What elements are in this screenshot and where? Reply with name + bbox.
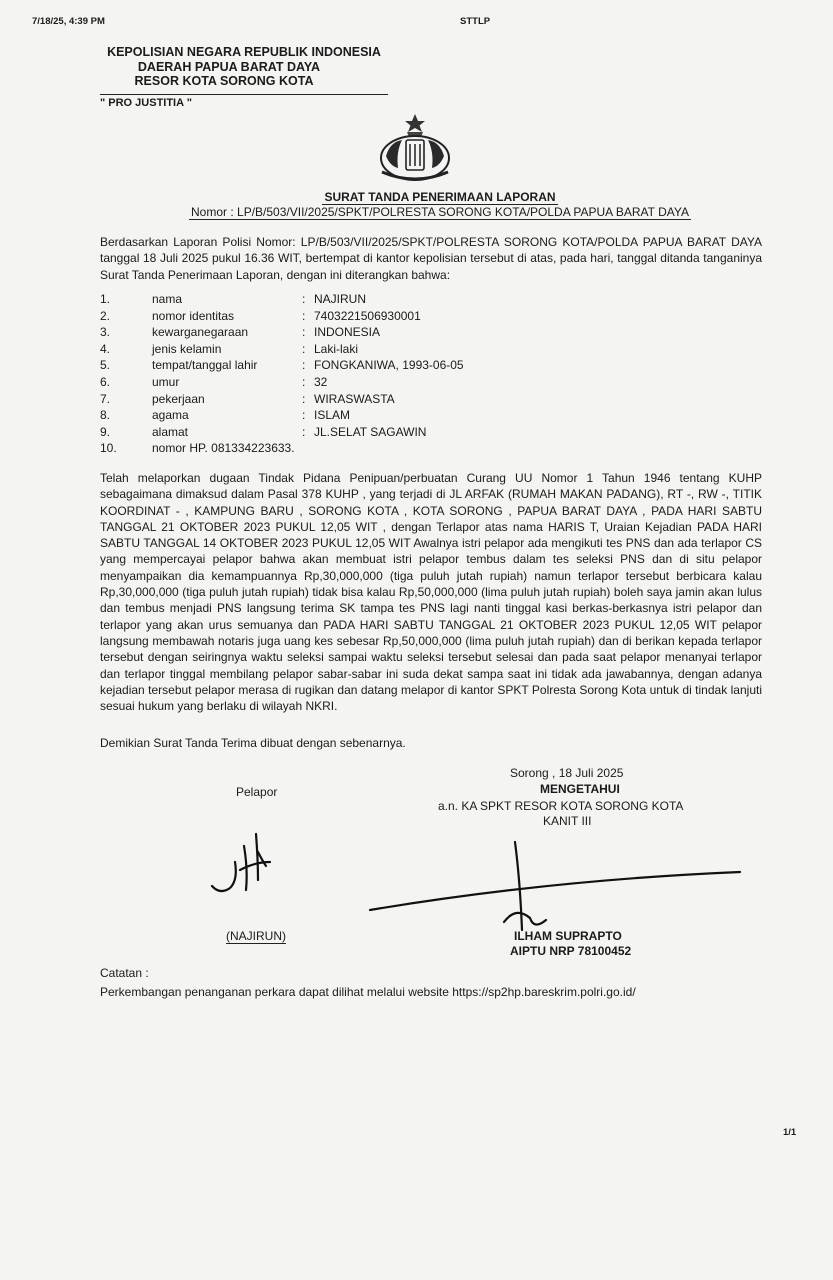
identity-number: 3. <box>100 324 152 341</box>
identity-value: NAJIRUN <box>314 291 366 308</box>
identity-row: 7.pekerjaan:WIRASWASTA <box>100 391 464 408</box>
header-divider <box>100 94 388 95</box>
identity-label: pekerjaan <box>152 391 302 408</box>
identity-label: nomor identitas <box>152 308 302 325</box>
identity-value: 32 <box>314 374 327 391</box>
print-datetime: 7/18/25, 4:39 PM <box>32 16 105 27</box>
officer-rank: AIPTU NRP 78100452 <box>510 944 631 958</box>
identity-value: WIRASWASTA <box>314 391 395 408</box>
identity-value: ISLAM <box>314 407 350 424</box>
officer-signature-icon <box>370 842 740 930</box>
identity-label: agama <box>152 407 302 424</box>
identity-row: 1.nama:NAJIRUN <box>100 291 464 308</box>
identity-separator: : <box>302 308 314 325</box>
police-emblem-icon <box>372 112 458 184</box>
reporter-label: Pelapor <box>236 785 277 799</box>
notes-label: Catatan : <box>100 966 149 980</box>
document-number: Nomor : LP/B/503/VII/2025/SPKT/POLRESTA … <box>100 205 780 219</box>
reporter-name: (NAJIRUN) <box>226 929 286 943</box>
reporter-signature-icon <box>212 834 270 891</box>
report-paragraph: Telah melaporkan dugaan Tindak Pidana Pe… <box>100 470 762 714</box>
identity-label: tempat/tanggal lahir <box>152 357 302 374</box>
identity-separator <box>302 440 314 457</box>
document-title: SURAT TANDA PENERIMAAN LAPORAN <box>100 190 780 204</box>
on-behalf-label: a.n. KA SPKT RESOR KOTA SORONG KOTA <box>438 799 683 813</box>
identity-separator: : <box>302 391 314 408</box>
notes-text: Perkembangan penanganan perkara dapat di… <box>100 985 636 999</box>
identity-row: 5.tempat/tanggal lahir:FONGKANIWA, 1993-… <box>100 357 464 374</box>
identity-separator: : <box>302 341 314 358</box>
institution-line-3: RESOR KOTA SORONG KOTA <box>100 74 388 89</box>
identity-number: 6. <box>100 374 152 391</box>
identity-row: 10.nomor HP. 081334223633. <box>100 440 464 457</box>
identity-number: 10. <box>100 440 152 457</box>
institution-line-1: KEPOLISIAN NEGARA REPUBLIK INDONESIA <box>100 45 388 60</box>
identity-row: 3.kewarganegaraan:INDONESIA <box>100 324 464 341</box>
identity-label: umur <box>152 374 302 391</box>
identity-number: 2. <box>100 308 152 325</box>
page-indicator: 1/1 <box>783 1127 796 1138</box>
closing-statement: Demikian Surat Tanda Terima dibuat denga… <box>100 736 406 750</box>
identity-label: jenis kelamin <box>152 341 302 358</box>
identity-separator: : <box>302 374 314 391</box>
identity-number: 5. <box>100 357 152 374</box>
identity-value: Laki-laki <box>314 341 358 358</box>
identity-label: nomor HP. 081334223633. <box>152 440 302 457</box>
identity-separator: : <box>302 407 314 424</box>
identity-label: nama <box>152 291 302 308</box>
acknowledge-label: MENGETAHUI <box>540 782 620 796</box>
officer-name: ILHAM SUPRAPTO <box>514 929 622 943</box>
identity-label: alamat <box>152 424 302 441</box>
identity-row: 6.umur:32 <box>100 374 464 391</box>
identity-row: 9.alamat:JL.SELAT SAGAWIN <box>100 424 464 441</box>
identity-value: JL.SELAT SAGAWIN <box>314 424 426 441</box>
identity-separator: : <box>302 357 314 374</box>
identity-row: 4.jenis kelamin:Laki-laki <box>100 341 464 358</box>
identity-number: 4. <box>100 341 152 358</box>
identity-separator: : <box>302 324 314 341</box>
identity-row: 8.agama:ISLAM <box>100 407 464 424</box>
identity-row: 2.nomor identitas:7403221506930001 <box>100 308 464 325</box>
place-date: Sorong , 18 Juli 2025 <box>510 766 623 780</box>
identity-number: 7. <box>100 391 152 408</box>
identity-separator: : <box>302 424 314 441</box>
identity-number: 9. <box>100 424 152 441</box>
identity-list: 1.nama:NAJIRUN2.nomor identitas:74032215… <box>100 291 464 457</box>
identity-value: INDONESIA <box>314 324 380 341</box>
document-code: STTLP <box>460 16 490 27</box>
identity-number: 8. <box>100 407 152 424</box>
identity-number: 1. <box>100 291 152 308</box>
identity-value: FONGKANIWA, 1993-06-05 <box>314 357 464 374</box>
unit-label: KANIT III <box>543 814 591 828</box>
identity-label: kewarganegaraan <box>152 324 302 341</box>
institution-header: KEPOLISIAN NEGARA REPUBLIK INDONESIA DAE… <box>100 45 388 89</box>
institution-line-2: DAERAH PAPUA BARAT DAYA <box>100 60 388 75</box>
pro-justitia-marker: " PRO JUSTITIA " <box>100 97 192 109</box>
identity-value: 7403221506930001 <box>314 308 421 325</box>
intro-paragraph: Berdasarkan Laporan Polisi Nomor: LP/B/5… <box>100 234 762 283</box>
identity-separator: : <box>302 291 314 308</box>
